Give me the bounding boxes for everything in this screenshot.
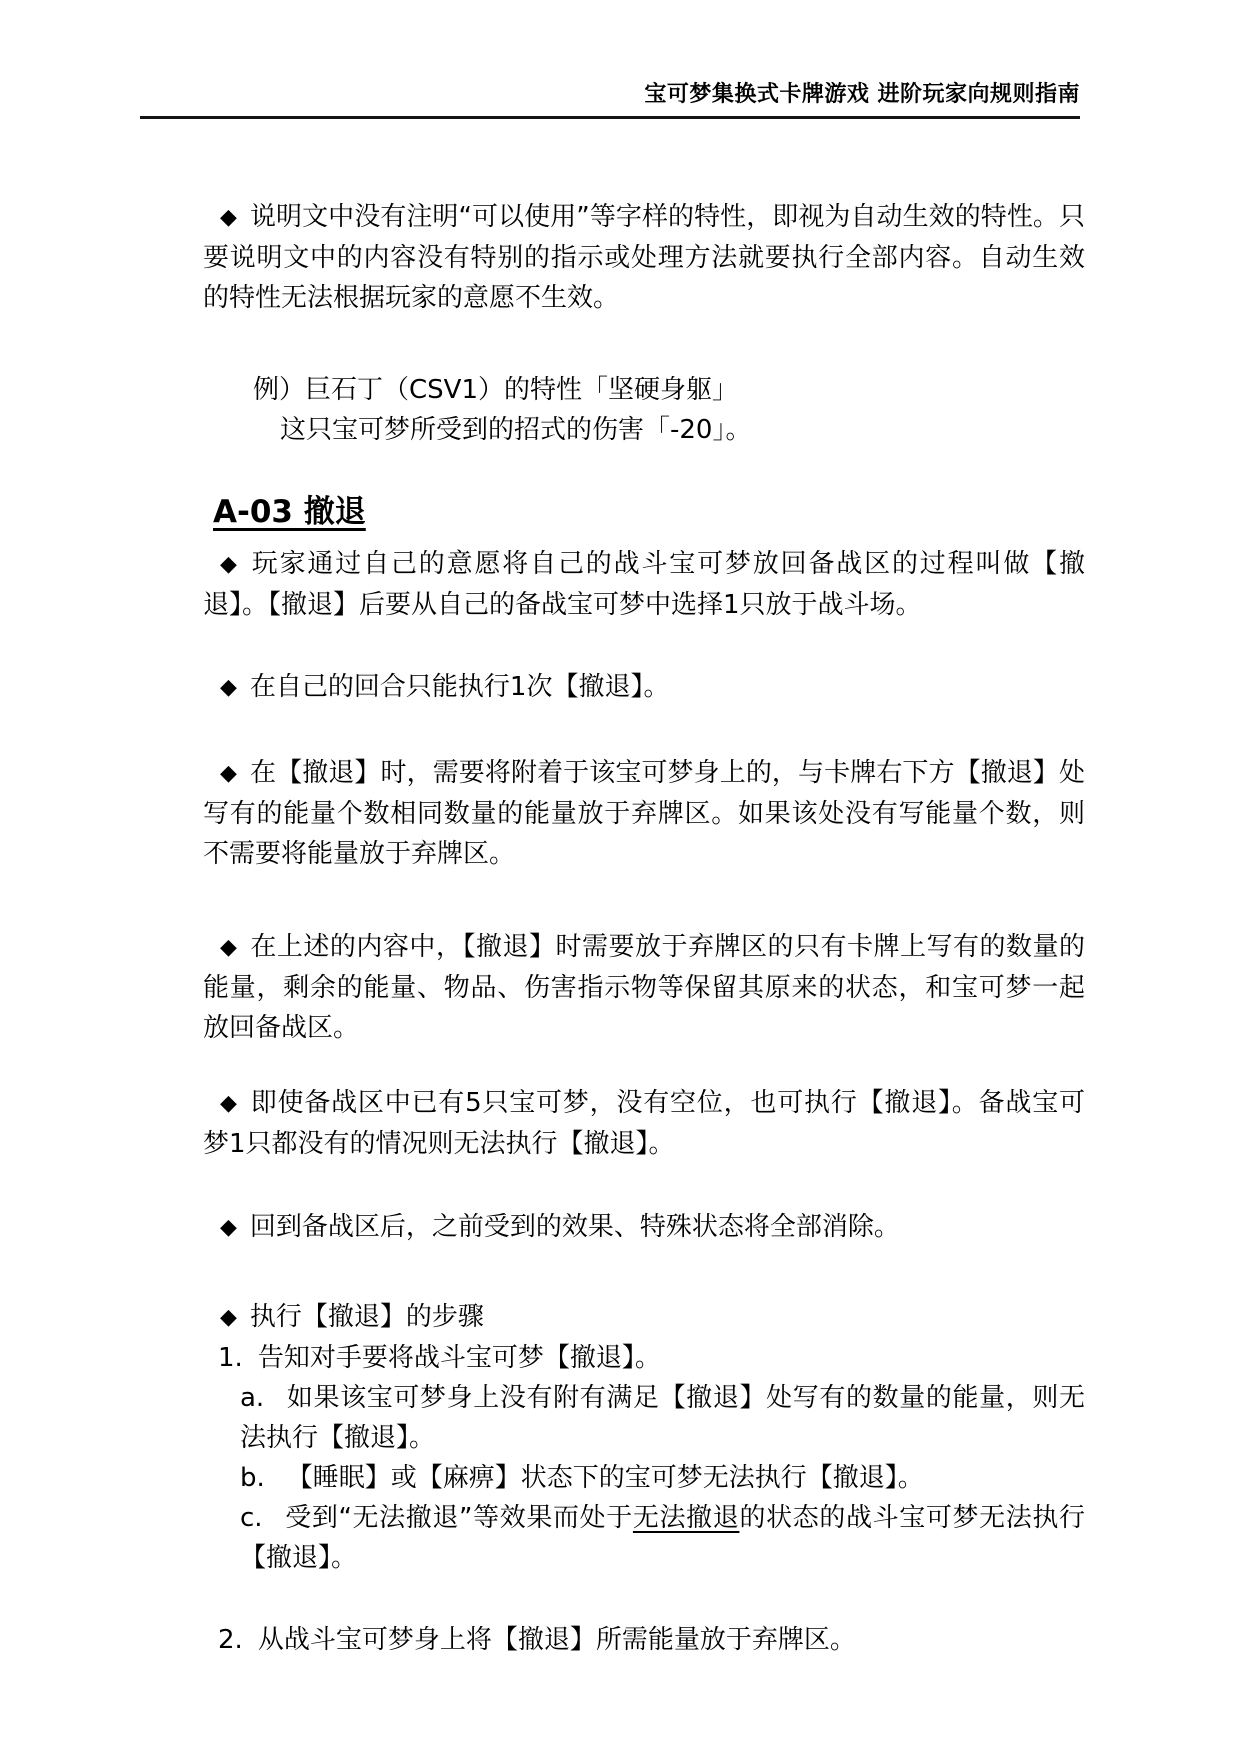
bullet-effects-removed: ◆回到备战区后，之前受到的效果、特殊状态将全部消除。 [203, 1207, 1085, 1248]
paragraph-text: 说明文中没有注明“可以使用”等字样的特性，即视为自动生效的特性。只要说明文中的内… [203, 202, 1085, 313]
step-letter: a. [240, 1383, 264, 1413]
step-text: 【睡眠】或【麻痹】状态下的宝可梦无法执行【撤退】。 [287, 1463, 924, 1493]
step-1c-cannot-retreat: c.受到“无法撤退”等效果而处于无法撤退的状态的战斗宝可梦无法执行【撤退】。 [203, 1498, 1085, 1578]
step-1a-insufficient-energy: a.如果该宝可梦身上没有附有满足【撤退】处写有的数量的能量，则无法执行【撤退】。 [203, 1378, 1085, 1458]
paragraph-text: 在【撤退】时，需要将附着于该宝可梦身上的，与卡牌右下方【撤退】处写有的能量个数相… [203, 758, 1085, 869]
paragraph-text: 在上述的内容中，【撤退】时需要放于弃牌区的只有卡牌上写有的数量的能量，剩余的能量… [203, 932, 1085, 1043]
bullet-retreat-steps-title: ◆执行【撤退】的步骤 [203, 1297, 1085, 1338]
example-block: 例）巨石丁（CSV1）的特性「坚硬身躯」 这只宝可梦所受到的招式的伤害「-20」… [203, 370, 1085, 450]
step-text-underlined: 无法撤退 [633, 1503, 740, 1533]
bullet-once-per-turn: ◆在自己的回合只能执行1次【撤退】。 [203, 667, 1085, 708]
section-heading-a03-retreat: A-03 撤退 [203, 490, 1085, 534]
page-header: 宝可梦集换式卡牌游戏 进阶玩家向规则指南 [0, 0, 1241, 119]
bullet-diamond-icon: ◆ [220, 1084, 237, 1124]
bullet-retreat-cost: ◆在【撤退】时，需要将附着于该宝可梦身上的，与卡牌右下方【撤退】处写有的能量个数… [203, 753, 1085, 874]
bullet-diamond-icon: ◆ [220, 1208, 237, 1248]
bullet-retreat-definition: ◆玩家通过自己的意愿将自己的战斗宝可梦放回备战区的过程叫做【撤退】。【撤退】后要… [203, 544, 1085, 625]
paragraph-text: 即使备战区中已有5只宝可梦，没有空位，也可执行【撤退】。备战宝可梦1只都没有的情… [203, 1088, 1085, 1159]
paragraph-text: 玩家通过自己的意愿将自己的战斗宝可梦放回备战区的过程叫做【撤退】。【撤退】后要从… [203, 549, 1085, 620]
example-effect: 这只宝可梦所受到的招式的伤害「-20」。 [203, 410, 1085, 450]
bullet-bench-full: ◆即使备战区中已有5只宝可梦，没有空位，也可执行【撤退】。备战宝可梦1只都没有的… [203, 1083, 1085, 1164]
bullet-keep-attachments: ◆在上述的内容中，【撤退】时需要放于弃牌区的只有卡牌上写有的数量的能量，剩余的能… [203, 927, 1085, 1048]
step-2-discard-energy: 2.从战斗宝可梦身上将【撤退】所需能量放于弃牌区。 [203, 1620, 1085, 1660]
step-letter: b. [240, 1463, 265, 1493]
step-text-prefix: 受到“无法撤退”等效果而处于 [285, 1503, 633, 1533]
bullet-diamond-icon: ◆ [220, 928, 237, 968]
bullet-diamond-icon: ◆ [220, 545, 237, 585]
paragraph-auto-ability: ◆说明文中没有注明“可以使用”等字样的特性，即视为自动生效的特性。只要说明文中的… [203, 197, 1085, 318]
step-number: 2. [218, 1625, 243, 1655]
bullet-diamond-icon: ◆ [220, 198, 237, 238]
step-text: 从战斗宝可梦身上将【撤退】所需能量放于弃牌区。 [258, 1625, 856, 1655]
bullet-diamond-icon: ◆ [220, 668, 237, 708]
document-page: 宝可梦集换式卡牌游戏 进阶玩家向规则指南 ◆说明文中没有注明“可以使用”等字样的… [0, 0, 1241, 1755]
header-rule [140, 116, 1080, 119]
document-content: ◆说明文中没有注明“可以使用”等字样的特性，即视为自动生效的特性。只要说明文中的… [0, 197, 1241, 1660]
header-title: 宝可梦集换式卡牌游戏 进阶玩家向规则指南 [0, 82, 1241, 108]
step-1b-sleep-paralysis: b.【睡眠】或【麻痹】状态下的宝可梦无法执行【撤退】。 [203, 1458, 1085, 1498]
step-text: 如果该宝可梦身上没有附有满足【撤退】处写有的数量的能量，则无法执行【撤退】。 [240, 1383, 1085, 1453]
step-text: 告知对手要将战斗宝可梦【撤退】。 [258, 1343, 661, 1373]
paragraph-text: 执行【撤退】的步骤 [250, 1302, 484, 1332]
bullet-diamond-icon: ◆ [220, 754, 237, 794]
step-number: 1. [218, 1343, 243, 1373]
example-title: 例）巨石丁（CSV1）的特性「坚硬身躯」 [203, 370, 1085, 410]
paragraph-text: 在自己的回合只能执行1次【撤退】。 [250, 672, 670, 702]
step-letter: c. [240, 1503, 263, 1533]
paragraph-text: 回到备战区后，之前受到的效果、特殊状态将全部消除。 [250, 1212, 900, 1242]
bullet-diamond-icon: ◆ [220, 1298, 237, 1338]
step-1-announce: 1.告知对手要将战斗宝可梦【撤退】。 [203, 1338, 1085, 1378]
